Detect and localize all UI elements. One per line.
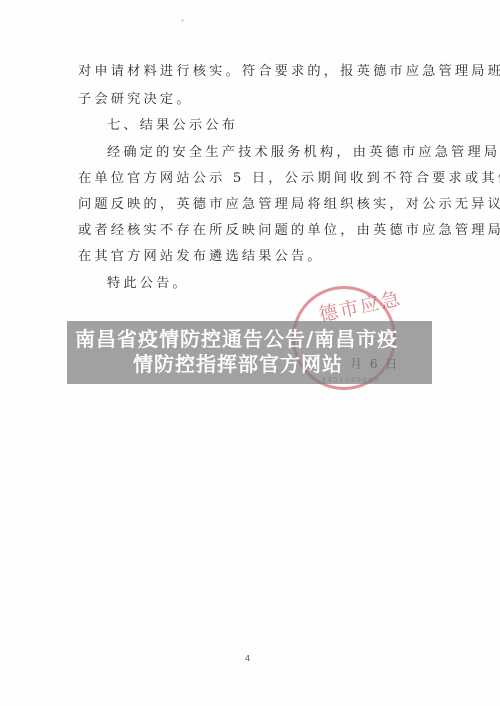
body-text-line: 或者经核实不存在所反映问题的单位，由英德市应急管理局: [78, 223, 500, 239]
body-text-line: 在单位官方网站公示 5 日，公示期间收到不符合要求或其他: [78, 171, 500, 187]
body-text-line: 在其官方网站发布遴选结果公告。: [78, 249, 324, 265]
document-page: 对申请材料进行核实。符合要求的，报英德市应急管理局班 子会研究决定。 七、结果公…: [0, 0, 500, 706]
body-text-line: 问题反映的，英德市应急管理局将组织核实，对公示无异议: [78, 197, 500, 213]
body-text-line: 子会研究决定。: [78, 92, 193, 108]
body-text-line: 经确定的安全生产技术服务机构，由英德市应急管理局: [107, 145, 500, 161]
closing-text: 特此公告。: [107, 276, 189, 292]
page-number: 4: [245, 654, 250, 663]
scan-speck: [181, 19, 184, 22]
banner-title-line-1: 南昌省疫情防控通告公告/南昌市疫: [75, 327, 398, 351]
banner-title-line-2: 情防控指挥部官方网站: [133, 352, 343, 376]
section-heading: 七、结果公示公布: [107, 118, 238, 134]
body-text-line: 对申请材料进行核实。符合要求的，报英德市应急管理局班: [78, 64, 500, 80]
